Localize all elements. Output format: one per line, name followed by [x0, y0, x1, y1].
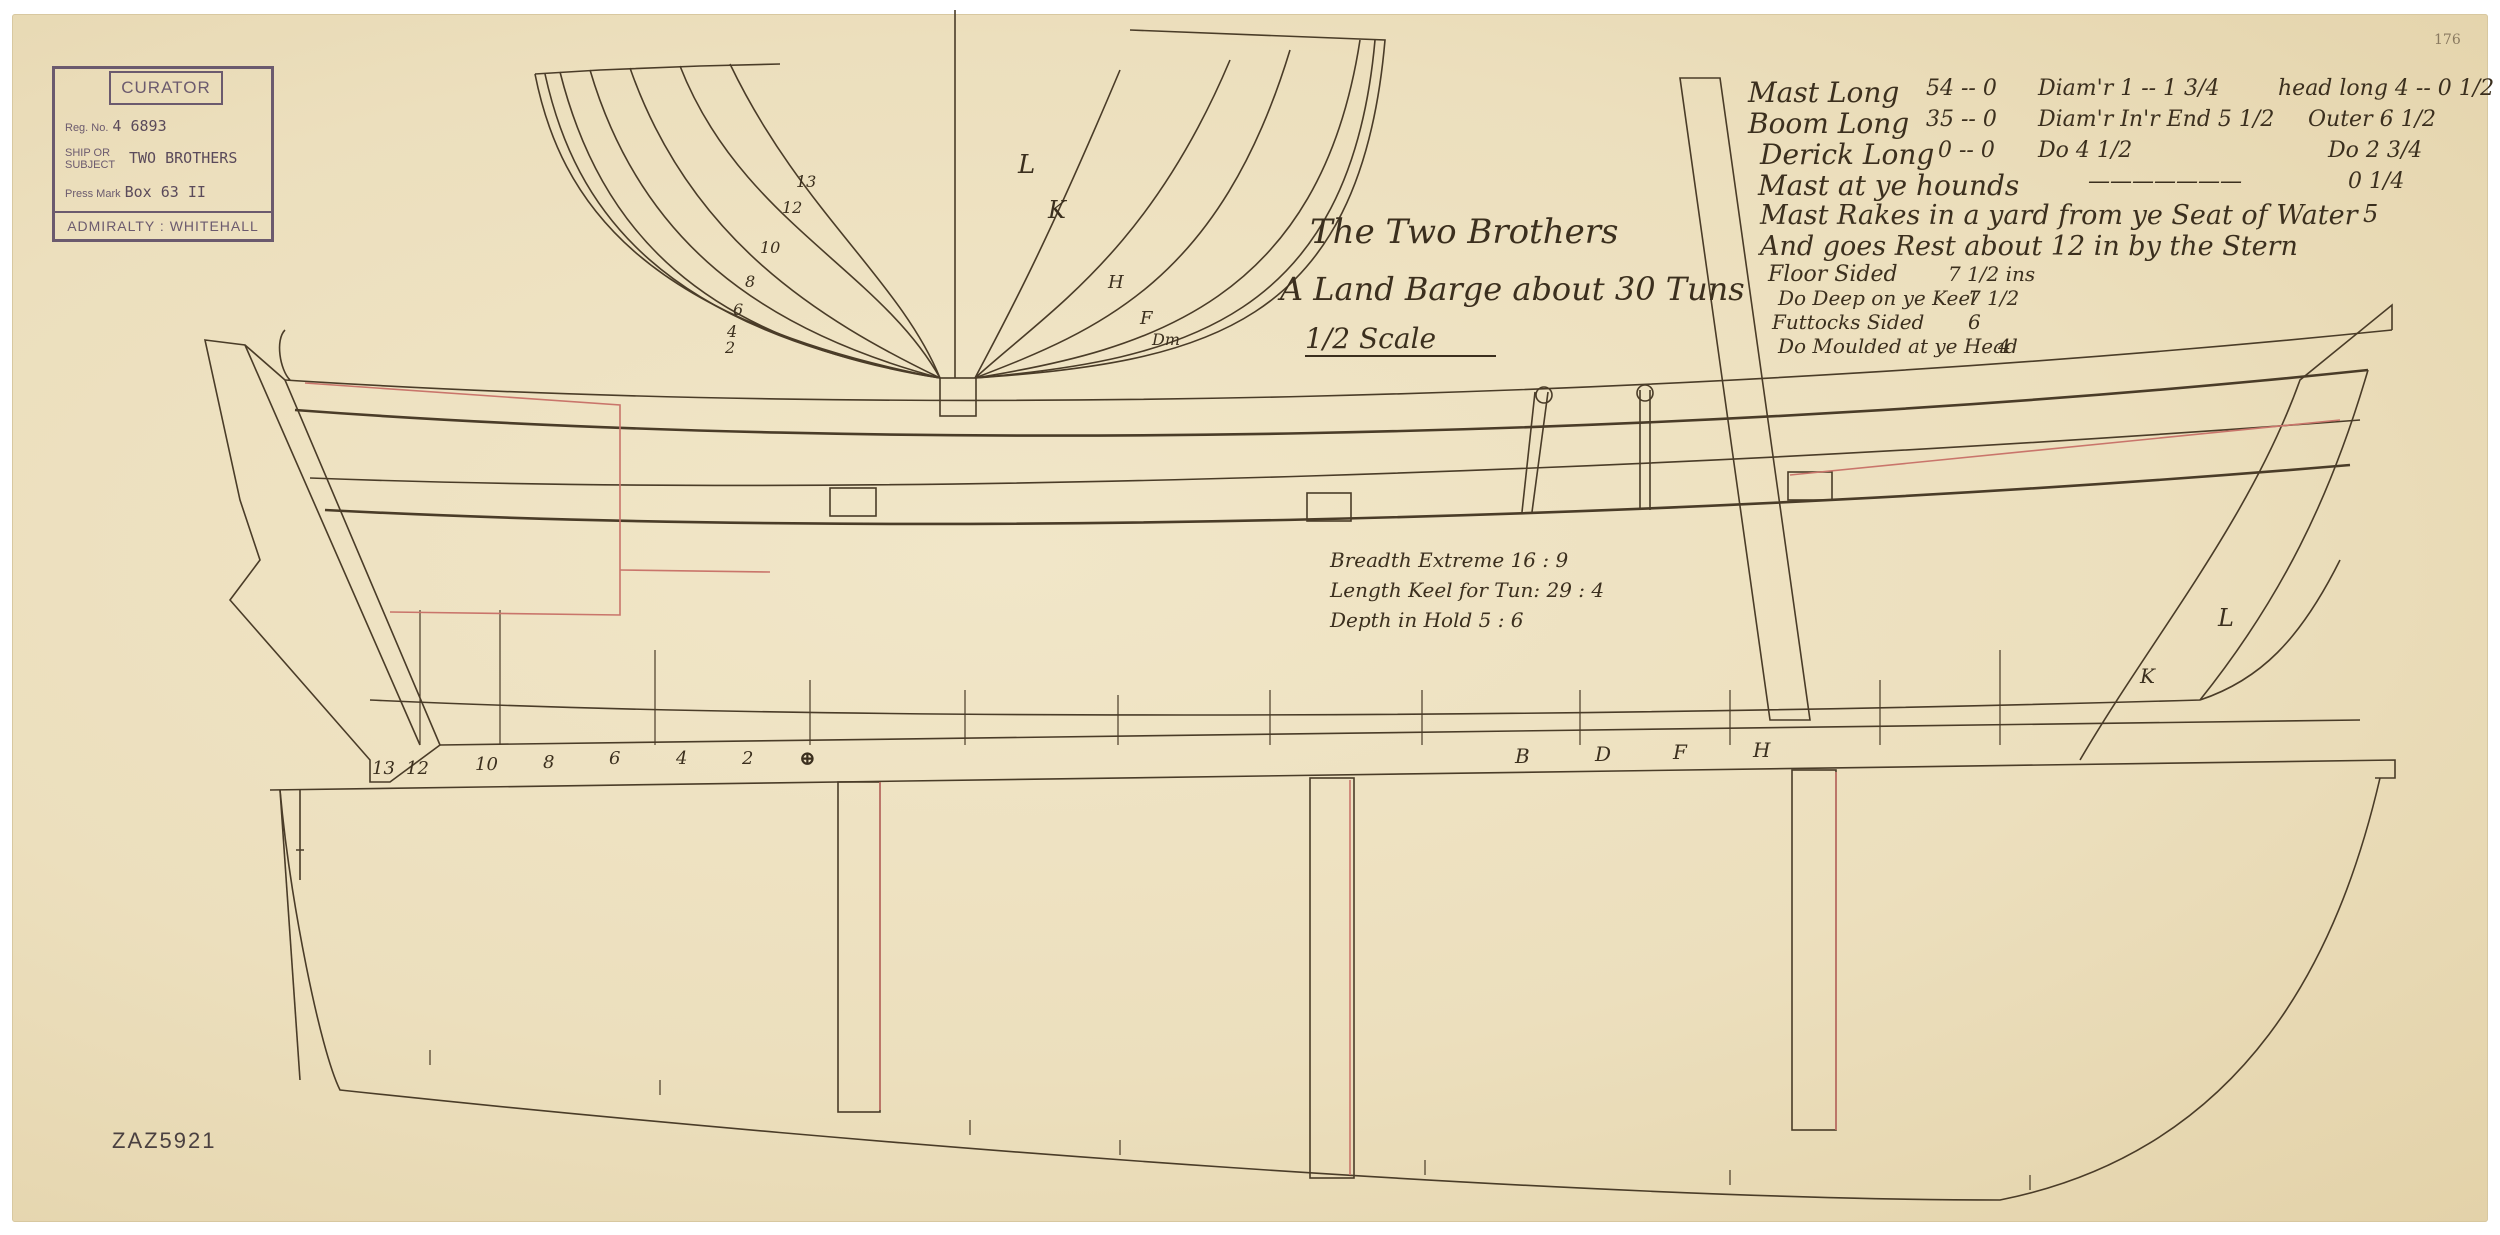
stamp-press-row: Press MarkBox 63 II — [65, 183, 206, 201]
stamp-ship-row: SHIP OR SUBJECT — [65, 147, 115, 171]
stamp-reg-row: Reg. No.4 6893 — [65, 117, 167, 135]
drawing-title: The Two Brothers — [1310, 212, 1618, 252]
curator-stamp: CURATOR Reg. No.4 6893 SHIP OR SUBJECT T… — [52, 66, 274, 242]
stamp-press-label: Press Mark — [65, 188, 121, 200]
spec-row: Mast Rakes in a yard from ye Seat of Wat… — [1748, 200, 2468, 231]
stamp-footer: ADMIRALTY : WHITEHALL — [55, 211, 271, 239]
dimension-depth: Depth in Hold 5 : 6 — [1330, 608, 1524, 632]
spec-row: Mast at ye hounds ——————— 0 1/4 — [1748, 169, 2468, 200]
stamp-reg-value: 4 6893 — [112, 117, 166, 135]
stamp-reg-label: Reg. No. — [65, 122, 108, 134]
stamp-ship-value: TWO BROTHERS — [129, 149, 237, 167]
spec-row: Mast Long 54 -- 0 Diam'r 1 -- 1 3/4 head… — [1748, 76, 2468, 107]
drawing-subtitle: A Land Barge about 30 Tuns — [1280, 270, 1745, 308]
spec-row: Derick Long 0 -- 0 Do 4 1/2 Do 2 3/4 — [1748, 138, 2468, 169]
stamp-ship-label-1: SHIP OR — [65, 147, 115, 159]
spec-row: Boom Long 35 -- 0 Diam'r In'r End 5 1/2 … — [1748, 107, 2468, 138]
dimension-length: Length Keel for Tun: 29 : 4 — [1330, 578, 1604, 602]
dimension-breadth: Breadth Extreme 16 : 9 — [1330, 548, 1568, 572]
stamp-press-value: Box 63 II — [125, 183, 206, 201]
spec-row: And goes Rest about 12 in by the Stern — [1748, 231, 2468, 262]
spec-row: Do Deep on ye Keel 7 1/2 — [1748, 286, 2468, 310]
stamp-header: CURATOR — [109, 71, 223, 105]
drawing-scale: 1/2 Scale — [1305, 322, 1496, 357]
reference-number: ZAZ5921 — [112, 1128, 217, 1154]
page-number: 176 — [2434, 32, 2461, 48]
spec-row: Do Moulded at ye Head 4 — [1748, 334, 2468, 358]
spec-row: Futtocks Sided 6 — [1748, 310, 2468, 334]
body-plan-aft-frames — [535, 64, 940, 378]
spec-row: Floor Sided 7 1/2 ins — [1748, 262, 2468, 286]
stamp-ship-label-2: SUBJECT — [65, 159, 115, 171]
specification-table: Mast Long 54 -- 0 Diam'r 1 -- 1 3/4 head… — [1748, 76, 2468, 358]
